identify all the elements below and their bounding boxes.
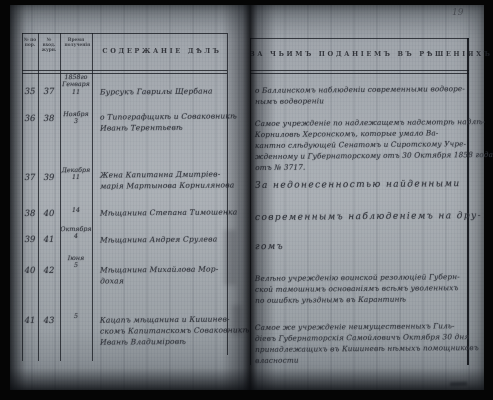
resolution-entry: За недонесенностью найденными: [255, 179, 461, 192]
handwritten-line: Мѣщанина Михайлова Мор-: [100, 263, 219, 275]
left-header-rule-1: [22, 70, 227, 71]
journal-no: 43: [38, 316, 60, 326]
date-cell: Ноября 3: [60, 111, 92, 126]
date-cell: 1858го Генваря 11: [60, 74, 92, 97]
left-col3-rule: [92, 33, 93, 361]
date-line: 11: [60, 174, 92, 182]
handwritten-line: жденному и Губернаторскому отъ 30 Октябр…: [255, 149, 493, 162]
handwritten-line: современнымъ наблюденіемъ на дру-: [255, 211, 482, 224]
handwritten-line: Бурсукъ Гаврилы Щербана: [100, 86, 213, 98]
left-page-title: СОДЕРЖАНІЕ ДѢЛЪ: [97, 47, 227, 55]
date-cell: 14: [60, 207, 92, 215]
left-col1-rule: [38, 33, 39, 361]
resolution-entry: о Баллинскомъ наблюденіи современными во…: [255, 83, 465, 107]
case-entry: о Типографщикѣ и Соваковникѣ Иванѣ Терен…: [100, 110, 237, 133]
journal-no: 42: [38, 266, 60, 276]
date-cell: Декабря 11: [60, 167, 92, 182]
case-entry: Мѣщанина Андрея Срулева: [100, 233, 217, 245]
journal-no: 40: [38, 209, 60, 219]
right-header-rule-1: [250, 70, 469, 71]
left-edge-shadow: [10, 5, 26, 390]
ledger-scan: 19 № по пор. № вход. журн. Время получен…: [0, 0, 493, 400]
date-line: 5: [60, 262, 92, 270]
handwritten-line: Мѣщанина Степана Тимошенка: [100, 206, 238, 218]
resolution-entry: Самое же учрежденіе неимущественныхъ Гил…: [255, 320, 479, 366]
handwritten-line: дохая: [100, 274, 219, 286]
bottom-edge-shadow: [10, 368, 484, 390]
right-page-title: ЗА ЧЬИМЪ ПОДАНІЕМЪ ВЪ РѢШЕНІЯХЪ: [250, 50, 467, 58]
date-line: 3: [60, 118, 92, 126]
handwritten-line: по ошибкѣ уѣзднымъ въ Карантинѣ: [255, 293, 460, 306]
handwritten-line: нымъ водвореніи: [255, 94, 465, 107]
column-header-date-received: Время полученія: [64, 38, 87, 48]
column-header-journal-no: № вход. журн.: [41, 38, 57, 53]
right-border-rule: [467, 38, 469, 365]
case-entry: Мѣщанина Михайлова Мор- дохая: [100, 263, 219, 286]
journal-no: 38: [38, 114, 60, 124]
resolution-entry: современнымъ наблюденіемъ на дру-: [255, 211, 482, 224]
right-table-top-rule: [250, 38, 469, 39]
journal-no: 41: [38, 235, 60, 245]
date-line: 14: [60, 207, 92, 215]
handwritten-line: о Баллинскомъ наблюденіи современными во…: [255, 83, 465, 96]
handwritten-line: ской тамошнимъ основаніямъ всѣмъ уволенн…: [255, 282, 460, 295]
case-entry: Бурсукъ Гаврилы Щербана: [100, 86, 213, 98]
date-cell: 5: [60, 313, 92, 321]
date-line: 4: [60, 233, 92, 241]
handwritten-line: принадлежащихъ въ Кишиневѣ нѣмыхъ помощн…: [255, 342, 479, 355]
handwritten-line: о Типографщикѣ и Соваковникѣ: [100, 110, 237, 122]
case-entry: Жена Капитанна Дмитріев- марія Мартынова…: [100, 168, 235, 191]
date-line: 5: [60, 313, 92, 321]
ledger-spread: 19 № по пор. № вход. журн. Время получен…: [10, 5, 484, 390]
journal-no: 37: [38, 87, 60, 97]
date-line: 11: [60, 89, 92, 97]
handwritten-line: Иванѣ Терентьевѣ: [100, 121, 237, 133]
handwritten-line: Мѣщанина Андрея Срулева: [100, 233, 217, 245]
right-header-rule-2: [250, 73, 469, 74]
case-entry: Мѣщанина Степана Тимошенка: [100, 206, 238, 218]
left-table-top-rule: [22, 33, 227, 34]
date-cell: Іюня 5: [60, 255, 92, 270]
handwritten-line: За недонесенностью найденными: [255, 179, 461, 192]
left-header-rule-2: [22, 73, 227, 74]
handwritten-line: марія Мартынова Корнилянова: [100, 179, 235, 191]
journal-no: 39: [38, 173, 60, 183]
resolution-entry: Самое учрежденіе по надлежащемъ надсмотр…: [255, 116, 493, 173]
date-cell: Октября 4: [60, 226, 92, 241]
handwritten-line: отъ № 3717.: [255, 160, 493, 173]
date-line: Генваря: [60, 81, 92, 89]
folio-number: 19: [452, 8, 463, 18]
binding-gutter-shadow: [222, 5, 276, 390]
handwritten-line: власности: [255, 353, 479, 366]
resolution-entry: Велѣно учрежденію воинской резолюціей Гу…: [255, 271, 460, 306]
